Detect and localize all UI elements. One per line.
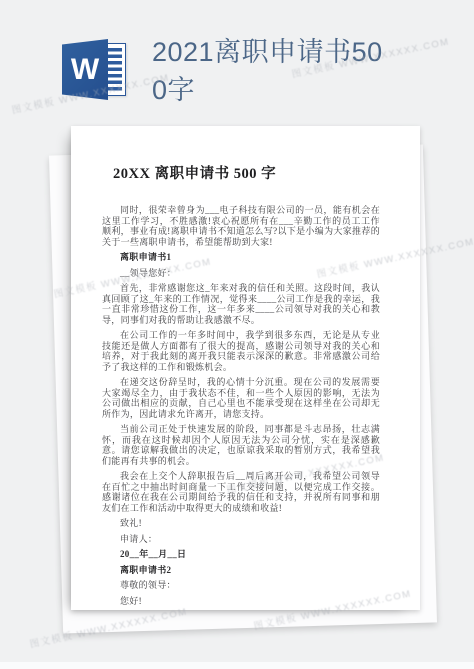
page-title[interactable]: 2021离职申请书500字	[152, 33, 384, 109]
document-title: 20XX 离职申请书 500 字	[113, 162, 380, 183]
doc-paragraph: 在递交这份辞呈时，我的心情十分沉重。现在公司的发展需要大家竭尽全力，由于我状态不…	[102, 377, 380, 419]
doc-paragraph: 申请人：	[102, 534, 380, 545]
doc-paragraph: __领导您好：	[102, 268, 380, 279]
doc-paragraph: 您好!	[102, 596, 380, 607]
doc-paragraph: 致礼!	[102, 518, 380, 529]
document-preview-page[interactable]: 20XX 离职申请书 500 字 同时，很荣幸曾身为___电子科技有限公司的一员…	[71, 126, 420, 610]
word-icon-cover: W	[62, 39, 108, 100]
bottom-fade	[0, 662, 474, 669]
preview-header: W 2021离职申请书500字	[0, 0, 474, 125]
doc-body: 同时，很荣幸曾身为___电子科技有限公司的一员，能有机会在这里工作学习，不胜感激…	[102, 205, 380, 606]
doc-paragraph: 当前公司正处于快速发展的阶段，同事都是斗志昂扬，壮志满怀，而我在这时候却因个人原…	[102, 424, 380, 466]
word-icon-letter: W	[71, 55, 99, 85]
doc-paragraph: 在公司工作的一年多时间中，我学到很多东西，无论是从专业技能还是做人方面都有了很大…	[102, 330, 380, 372]
doc-paragraph: 20__年__月__日	[102, 549, 380, 560]
word-file-icon: W	[62, 39, 128, 100]
doc-paragraph: 离职申请书1	[102, 252, 380, 263]
doc-paragraph: 同时，很荣幸曾身为___电子科技有限公司的一员，能有机会在这里工作学习，不胜感激…	[102, 205, 380, 247]
doc-paragraph: 首先，非常感谢您这_年来对我的信任和关照。这段时间，我认真回顾了这_年来的工作情…	[102, 283, 380, 325]
doc-paragraph: 尊敬的领导：	[102, 580, 380, 591]
doc-paragraph: 离职申请书2	[102, 565, 380, 576]
doc-paragraph: 我会在上交个人辞职报告后__周后离开公司，我希望公司领导在百忙之中抽出时间商量一…	[102, 471, 380, 513]
